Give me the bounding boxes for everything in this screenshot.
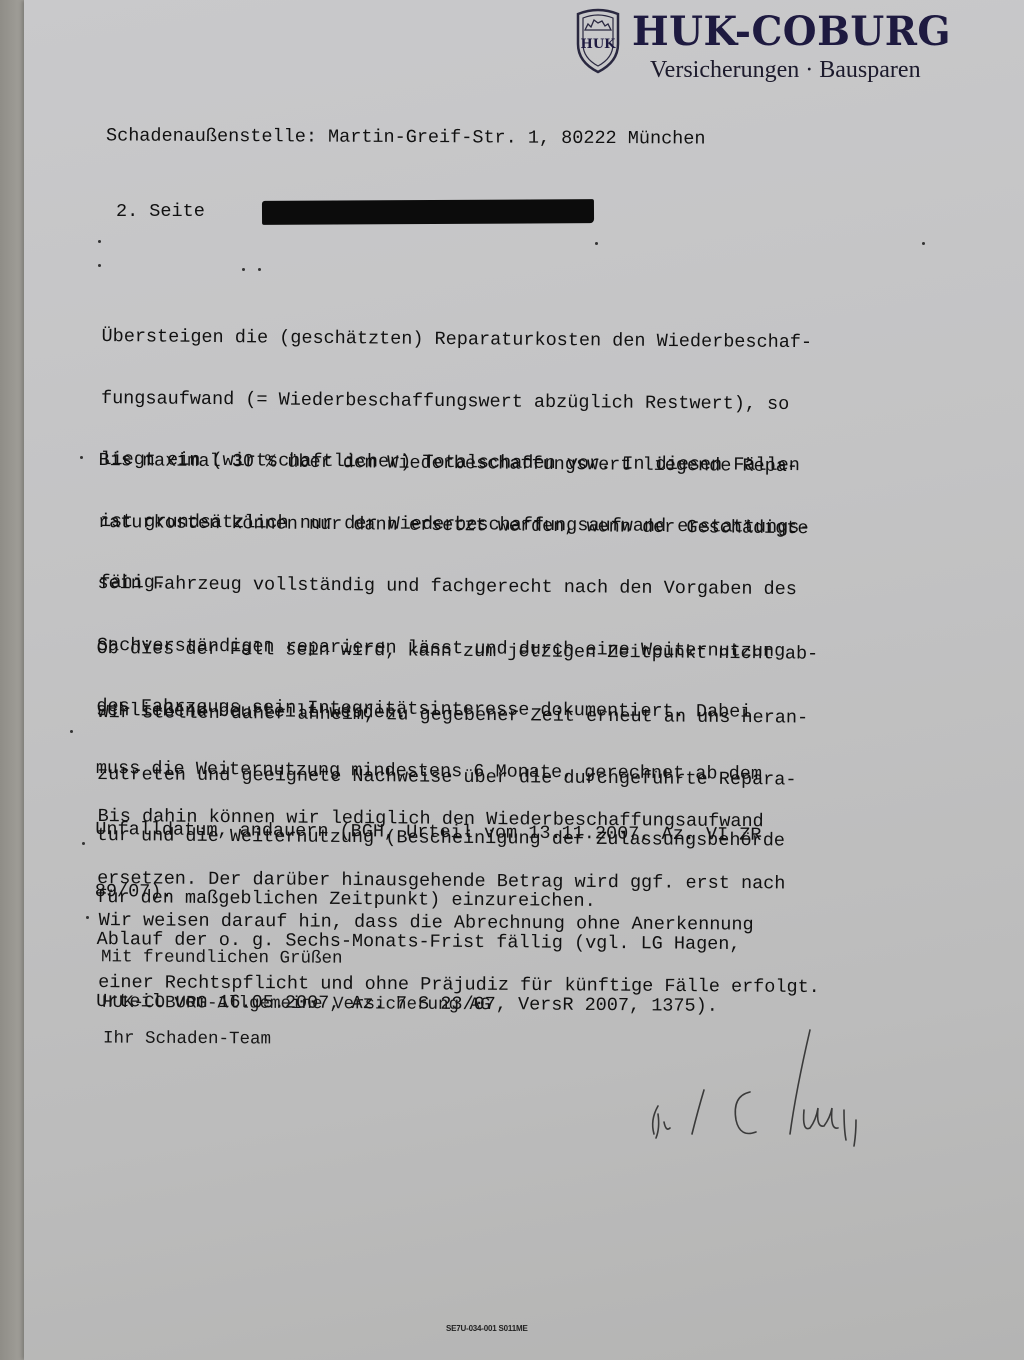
redacted-reference bbox=[262, 199, 594, 225]
text-line: Wir stellen daher anheim, zu gegebener Z… bbox=[98, 703, 809, 729]
text-line: Bis maximal 30 % über dem Wiederbeschaff… bbox=[98, 451, 809, 478]
scan-speck bbox=[70, 730, 73, 733]
handwritten-signature-icon bbox=[640, 1010, 880, 1160]
text-line: sein Fahrzeug vollständig und fachgerech… bbox=[97, 574, 808, 601]
text-line: Übersteigen die (geschätzten) Reparaturk… bbox=[101, 327, 812, 354]
text-line: Bis dahin können wir lediglich den Wiede… bbox=[98, 807, 786, 833]
company-name: HUK-COBURG bbox=[632, 12, 951, 52]
svg-text:HUK: HUK bbox=[581, 37, 617, 52]
huk-shield-icon: HUK bbox=[574, 8, 622, 74]
scan-speck bbox=[242, 268, 245, 271]
closing-team: Ihr Schaden-Team bbox=[103, 1029, 271, 1050]
closing-company: HUK-COBURG-Allgemeine Versicherung AG bbox=[102, 993, 491, 1015]
page-number-label: 2. Seite bbox=[116, 202, 205, 223]
scan-speck bbox=[82, 842, 85, 845]
letterhead-logo: HUK HUK-COBURG Versicherungen · Bauspare… bbox=[574, 6, 954, 86]
scanned-page-edge bbox=[0, 0, 24, 1360]
scan-speck bbox=[80, 456, 83, 459]
text-line: Ob dies der Fall sein wird, kann zum jet… bbox=[97, 639, 819, 665]
text-line: Wir weisen darauf hin, dass die Abrechnu… bbox=[99, 911, 821, 937]
form-code: SE7U-034-001 S011ME bbox=[446, 1324, 528, 1333]
scan-speck bbox=[98, 264, 101, 267]
text-line: raturkosten können nur dann ersetzt werd… bbox=[98, 512, 809, 539]
claims-office-address: Schadenaußenstelle: Martin-Greif-Str. 1,… bbox=[106, 126, 706, 150]
scan-speck bbox=[595, 242, 598, 245]
scan-speck bbox=[86, 916, 89, 919]
company-tagline: Versicherungen · Bausparen bbox=[650, 58, 921, 82]
closing-salutation: Mit freundlichen Grüßen bbox=[101, 947, 343, 968]
scan-speck bbox=[98, 240, 101, 243]
scan-speck bbox=[258, 268, 261, 271]
scan-speck bbox=[922, 242, 925, 245]
